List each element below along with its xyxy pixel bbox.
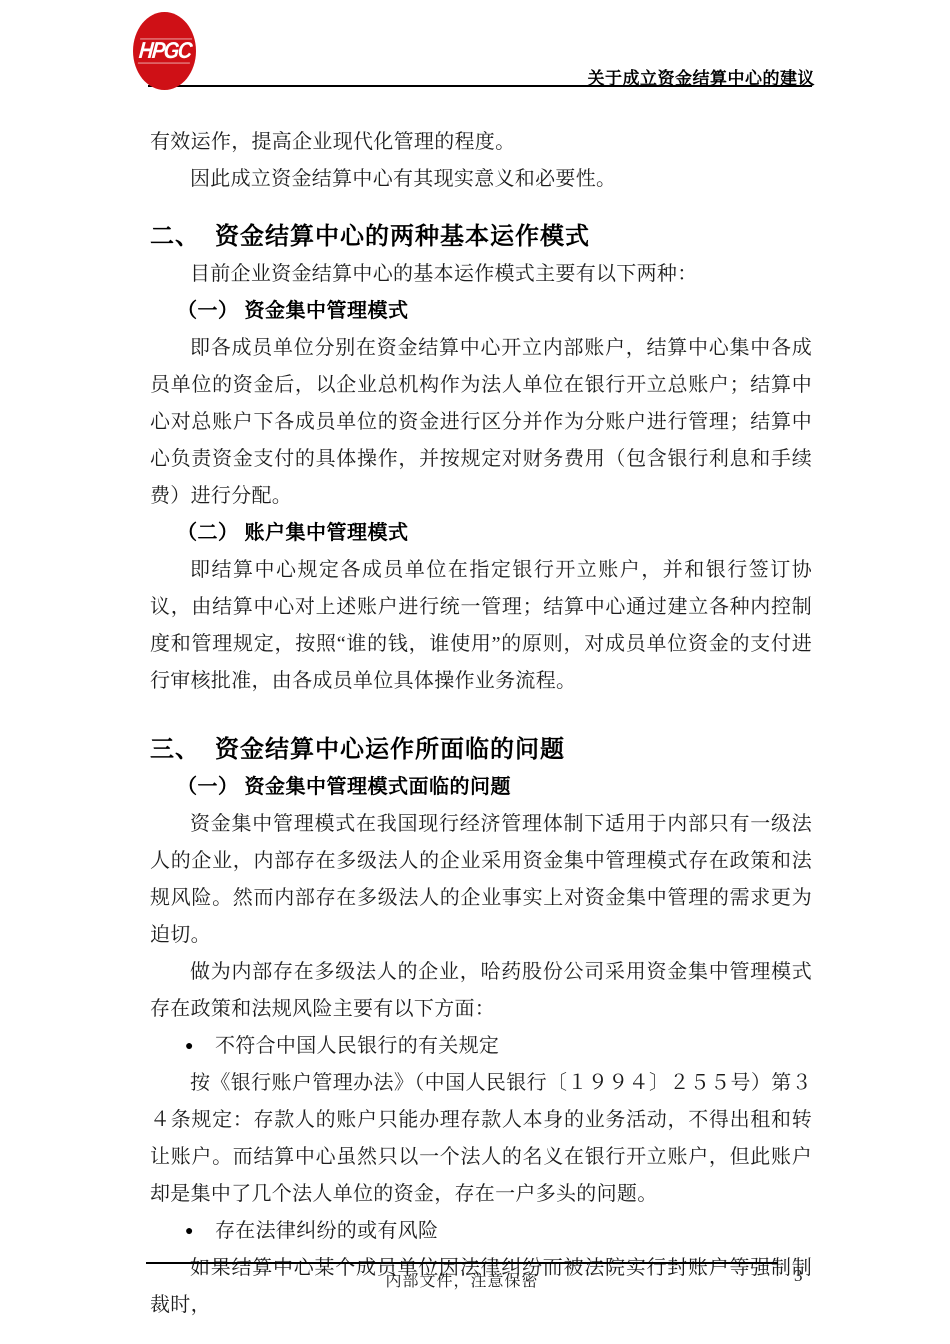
- document-page: HPGC 关于成立资金结算中心的建议 有效运作，提高企业现代化管理的程度。 因此…: [0, 0, 950, 1344]
- paragraph: 资金集中管理模式在我国现行经济管理体制下适用于内部只有一级法人的企业，内部存在多…: [150, 806, 812, 954]
- subsection-heading: （一） 资金集中管理模式面临的问题: [150, 769, 812, 806]
- bullet-item: ● 不符合中国人民银行的有关规定: [150, 1028, 812, 1065]
- section-heading-3: 三、 资金结算中心运作所面临的问题: [150, 731, 812, 769]
- footer-confidential-notice: 内部文件，注意保密: [146, 1268, 778, 1291]
- bullet-icon: ●: [185, 1213, 215, 1250]
- bullet-text: 存在法律纠纷的或有风险: [215, 1213, 438, 1250]
- company-logo: HPGC: [133, 12, 196, 90]
- paragraph: 做为内部存在多级法人的企业，哈药股份公司采用资金集中管理模式存在政策和法规风险主…: [150, 954, 812, 1028]
- document-body: 有效运作，提高企业现代化管理的程度。 因此成立资金结算中心有其现实意义和必要性。…: [150, 124, 812, 1324]
- logo-text: HPGC: [137, 38, 191, 63]
- paragraph: 按《银行账户管理办法》（中国人民银行〔１９９４〕２５５号）第３４条规定：存款人的…: [150, 1065, 812, 1213]
- section-heading-2: 二、 资金结算中心的两种基本运作模式: [150, 218, 812, 256]
- section-title: 资金结算中心运作所面临的问题: [215, 731, 565, 769]
- paragraph: 即各成员单位分别在资金结算中心开立内部账户，结算中心集中各成员单位的资金后，以企…: [150, 330, 812, 515]
- page-number: 3: [794, 1266, 803, 1286]
- header-rule: [148, 85, 812, 87]
- paragraph: 目前企业资金结算中心的基本运作模式主要有以下两种：: [150, 256, 812, 293]
- bullet-icon: ●: [185, 1028, 215, 1065]
- bullet-text: 不符合中国人民银行的有关规定: [215, 1028, 499, 1065]
- section-number: 三、: [150, 731, 215, 769]
- paragraph: 因此成立资金结算中心有其现实意义和必要性。: [150, 161, 812, 198]
- subsection-heading: （一） 资金集中管理模式: [150, 293, 812, 330]
- bullet-item: ● 存在法律纠纷的或有风险: [150, 1213, 812, 1250]
- paragraph: 有效运作，提高企业现代化管理的程度。: [150, 124, 812, 161]
- section-title: 资金结算中心的两种基本运作模式: [215, 218, 590, 256]
- subsection-heading: （二） 账户集中管理模式: [150, 515, 812, 552]
- footer-rule: [146, 1262, 778, 1264]
- section-number: 二、: [150, 218, 215, 256]
- paragraph: 即结算中心规定各成员单位在指定银行开立账户，并和银行签订协议，由结算中心对上述账…: [150, 552, 812, 700]
